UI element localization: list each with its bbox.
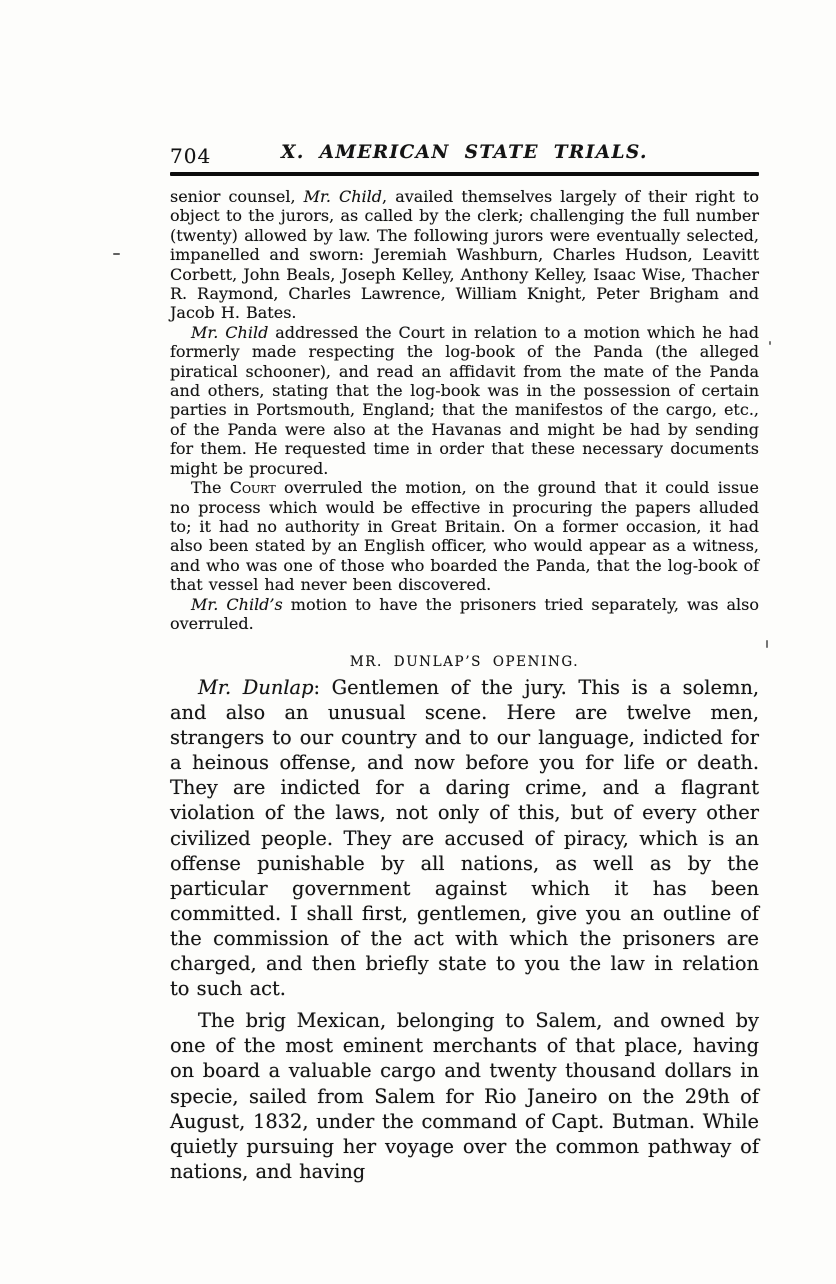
text-segment: , availed themselves largely of their ri…: [170, 187, 759, 322]
text-segment: addressed the Court in relation to a mot…: [170, 323, 759, 478]
text-segment: Mr. Child’s: [191, 595, 283, 614]
header-rule: [170, 172, 759, 176]
report-paragraph-court-ruling: The Court overruled the motion, on the g…: [170, 478, 759, 594]
opening-section: Mr. Dunlap: Gentlemen of the jury. This …: [170, 675, 759, 1184]
opening-paragraph-address: Mr. Dunlap: Gentlemen of the jury. This …: [170, 675, 759, 1001]
text-segment: Mr. Child: [304, 187, 382, 206]
text-segment: : Gentlemen of the jury. This is a solem…: [170, 676, 759, 1000]
section-heading: MR. DUNLAP’S OPENING.: [170, 654, 759, 670]
text-segment: Court: [230, 478, 276, 497]
report-paragraph-separate-trial: Mr. Child’s motion to have the prisoners…: [170, 595, 759, 634]
scan-speck: [766, 640, 768, 648]
page-header: 704 X. AMERICAN STATE TRIALS.: [170, 141, 759, 169]
text-segment: senior counsel,: [170, 187, 304, 206]
report-paragraph-jurors: senior counsel, Mr. Child, availed thems…: [170, 187, 759, 323]
text-segment: The: [191, 478, 230, 497]
report-section: senior counsel, Mr. Child, availed thems…: [170, 187, 759, 633]
text-segment: Mr. Dunlap: [198, 676, 314, 699]
text-segment: Mr. Child: [191, 323, 268, 342]
text-segment: The brig Mexican, belonging to Salem, an…: [170, 1009, 759, 1183]
scan-speck: [113, 253, 120, 255]
running-title: X. AMERICAN STATE TRIALS.: [170, 142, 759, 163]
scan-speck: [769, 341, 771, 345]
scanned-book-page: 704 X. AMERICAN STATE TRIALS. senior cou…: [0, 0, 836, 1284]
opening-paragraph-brig-mexican: The brig Mexican, belonging to Salem, an…: [170, 1008, 759, 1184]
report-paragraph-child-motion: Mr. Child addressed the Court in relatio…: [170, 323, 759, 478]
